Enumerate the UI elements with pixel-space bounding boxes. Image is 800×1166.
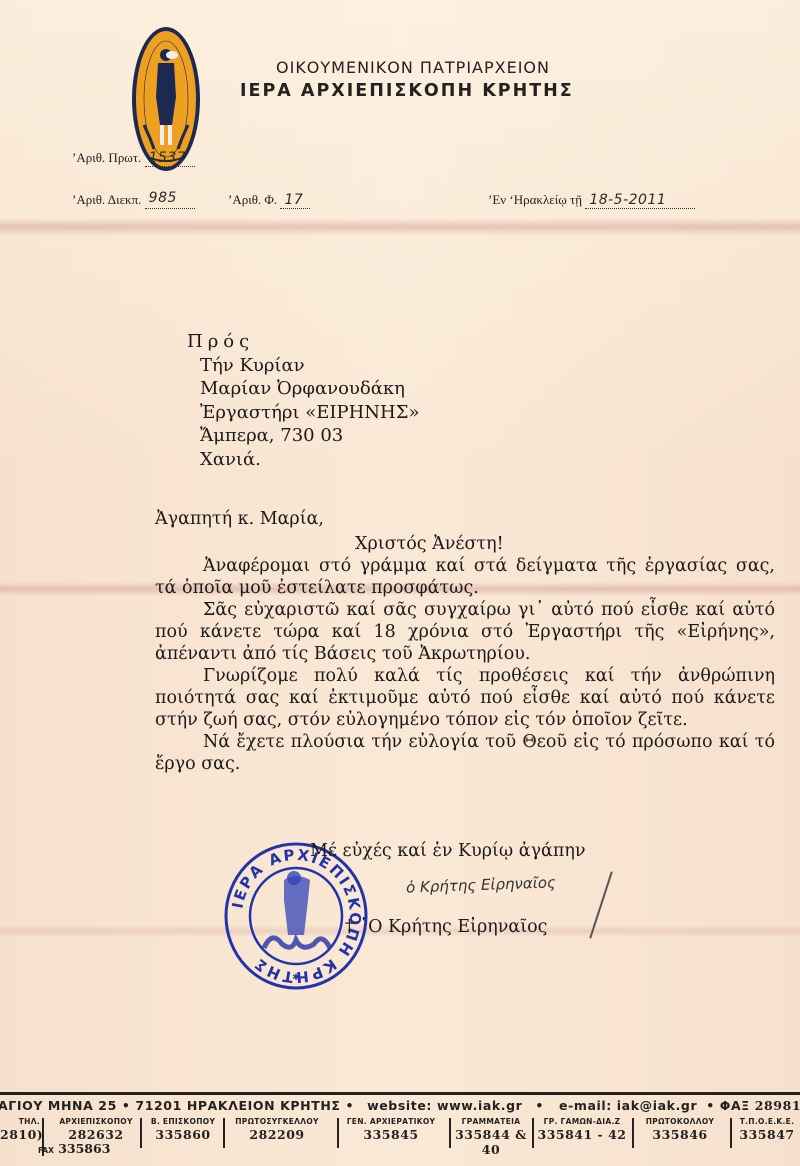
phone-column: ΠΡΩΤΟΚΟΛΛΟΥ 335846 <box>636 1116 724 1142</box>
footer-fax-label: ΦΑΞ <box>720 1098 750 1113</box>
footer-address: ΑΓΙΟΥ ΜΗΝΑ 25 • 71201 ΗΡΑΚΛΕΙΟΝ ΚΡΗΤΗΣ • <box>0 1098 354 1113</box>
patriarchate-heading: ΟΙΚΟΥΜΕΝΙΚΟΝ ΠΑΤΡΙΑΡΧΕΙΟΝ <box>276 58 550 77</box>
tel-column: ΤΗΛ. 2810) <box>0 1116 40 1142</box>
salutation: Ἀγαπητή κ. Μαρία, <box>155 508 775 530</box>
phone-column: Β. ΕΠΙΣΚΟΠΟΥ 335860 <box>144 1116 222 1142</box>
footer-divider <box>0 1092 800 1095</box>
address-line: Μαρίαν Ὀρφανουδάκη <box>200 377 420 401</box>
phone-column: ΓΕΝ. ΑΡΧΙΕΡΑΤΙΚΟΥ 335845 <box>341 1116 441 1142</box>
svg-text:✱: ✱ <box>292 973 300 983</box>
place-label: ’Εν ‘Ηρακλείῳ τῇ <box>488 192 582 207</box>
footer-email[interactable]: e-mail: iak@iak.gr <box>559 1098 697 1113</box>
address-line: Τήν Κυρίαν <box>200 354 420 378</box>
area-code: 2810) <box>0 1127 40 1142</box>
address-line: Ἄμπερα, 730 03 <box>200 424 420 448</box>
handwritten-signature: ὁ Κρήτης Εἰρηναῖος <box>406 873 556 896</box>
address-line: Ἐργαστήρι «ΕΙΡΗΝΗΣ» <box>200 401 420 425</box>
phone-column: ΠΡΩΤΟΣΥΓΚΕΛΛΟΥ 282209 <box>227 1116 327 1142</box>
phone-column: ΓΡΑΜΜΑΤΕΙΑ 335844 & 40 <box>451 1116 531 1157</box>
column-divider <box>223 1118 225 1148</box>
column-divider <box>532 1118 534 1148</box>
archdiocese-heading: ΙΕΡΑ ΑΡΧΙΕΠΙΣΚΟΠΗ ΚΡΗΤΗΣ <box>240 81 574 101</box>
protocol-number-label: ’Αριθ. Πρωτ. <box>72 150 141 165</box>
date-field: ’Εν ‘Ηρακλείῳ τῇ 18-5-2011 <box>488 192 695 209</box>
column-divider <box>632 1118 634 1148</box>
easter-greeting: Χριστός Ἀνέστη! <box>155 533 775 555</box>
address-line: Χανιά. <box>200 448 420 472</box>
dispatch-number-label: ’Αριθ. Διεκπ. <box>72 192 141 207</box>
tel-label: ΤΗΛ. <box>0 1116 40 1127</box>
footer-phone-directory: ΤΗΛ. 2810) ΑΡΧΙΕΠΙΣΚΟΠΟΥ 282632 FAX 3358… <box>0 1116 800 1166</box>
phone-column: ΓΡ. ΓΑΜΩΝ-ΔΙΑ.Ζ 335841 - 42 <box>536 1116 628 1142</box>
phone-column: ΑΡΧΙΕΠΙΣΚΟΠΟΥ 282632 FAX 335863 <box>46 1116 146 1158</box>
protocol-number-field: ’Αριθ. Πρωτ. 1537 <box>72 150 195 167</box>
footer-fax-value: 289817 <box>755 1098 800 1113</box>
paragraph: Νά ἔχετε πλούσια τήν εὐλογία τοῦ Θεοῦ εἰ… <box>155 731 775 775</box>
column-divider <box>337 1118 339 1148</box>
column-divider <box>730 1118 732 1148</box>
column-divider <box>140 1118 142 1148</box>
paragraph: Σᾶς εὐχαριστῶ καί σᾶς συγχαίρω γι᾽ αὐτό … <box>155 599 775 665</box>
letter-body: Ἀγαπητή κ. Μαρία, Χριστός Ἀνέστη! Ἀναφέρ… <box>155 508 775 775</box>
file-number-label: ’Αριθ. Φ. <box>228 192 277 207</box>
signer-name: † ῾Ο Κρήτης Εἰρηναῖος <box>345 917 547 937</box>
address-to: Πρός <box>187 330 420 354</box>
footer-website[interactable]: website: www.iak.gr <box>367 1098 522 1113</box>
paragraph: Γνωρίζομε πολύ καλά τίς προθέσεις καί τή… <box>155 665 775 731</box>
phone-column: Τ.Π.Ο.Ε.Κ.Ε. 335847 <box>734 1116 800 1142</box>
closing-line: Μέ εὐχές καί ἐν Κυρίῳ ἀγάπην <box>310 841 585 861</box>
date-value: 18-5-2011 <box>589 192 666 208</box>
file-number-field: ’Αριθ. Φ. 17 <box>228 192 310 209</box>
recipient-address: Πρός Τήν Κυρίαν Μαρίαν Ὀρφανουδάκη Ἐργασ… <box>200 330 420 471</box>
paper-fold <box>0 218 800 236</box>
dispatch-number-value: 985 <box>149 190 177 206</box>
protocol-number-value: 1537 <box>149 150 187 166</box>
dispatch-number-field: ’Αριθ. Διεκπ. 985 <box>72 192 195 209</box>
official-stamp-icon: ΙΕΡΑ ΑΡΧΙΕΠΙΣΚΟΠΗ ΚΡΗΤΗΣ ✱ <box>222 840 370 992</box>
paragraph: Ἀναφέρομαι στό γράμμα καί στά δείγματα τ… <box>155 555 775 599</box>
file-number-value: 17 <box>284 192 303 208</box>
footer-contact-line: ΑΓΙΟΥ ΜΗΝΑ 25 • 71201 ΗΡΑΚΛΕΙΟΝ ΚΡΗΤΗΣ •… <box>0 1098 800 1113</box>
